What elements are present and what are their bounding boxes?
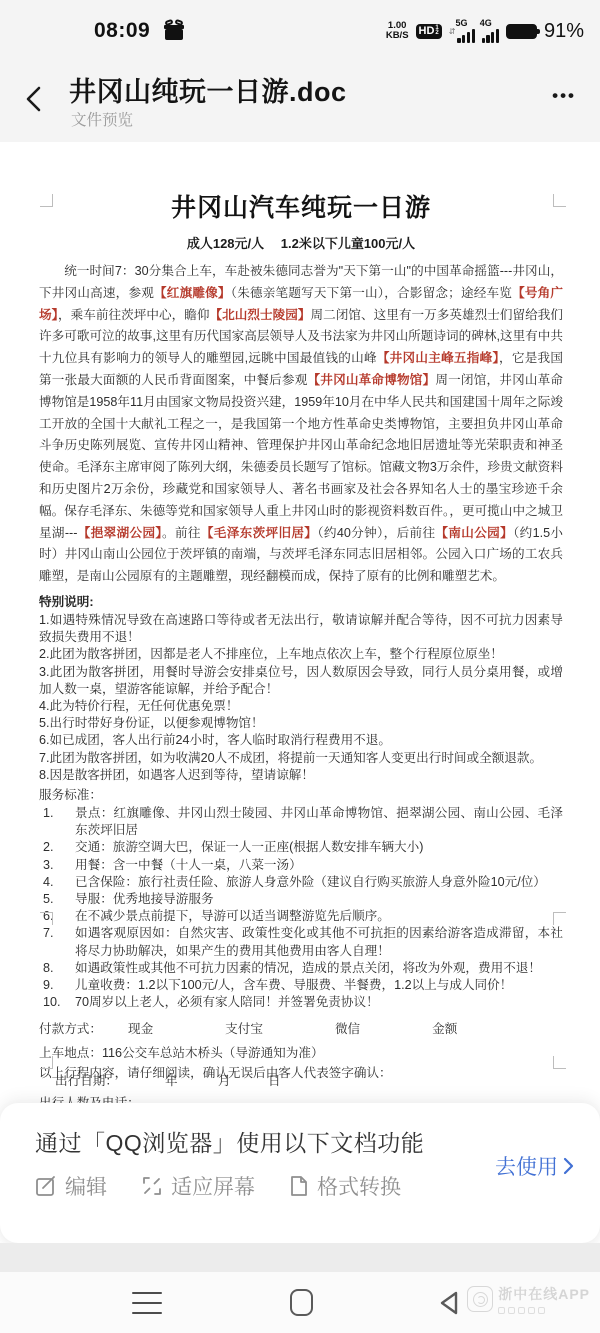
home-button[interactable] bbox=[290, 1289, 313, 1316]
highlighted-spot: 【南山公园】 bbox=[435, 526, 513, 540]
data-arrows-icon: ⇵ bbox=[449, 27, 455, 36]
special-note-item: 6.如已成团，客人出行前24小时，客人临时取消行程费用不退。 bbox=[39, 732, 563, 749]
page2-corner-mark bbox=[553, 1056, 566, 1069]
paragraph-text: 。前往 bbox=[162, 526, 201, 540]
document-convert-icon bbox=[289, 1175, 309, 1197]
page2-corner-mark bbox=[40, 1056, 53, 1069]
service-standard-heading: 服务标准： bbox=[39, 786, 563, 804]
battery-percent: 91% bbox=[544, 20, 584, 43]
format-convert-action[interactable]: 格式转换 bbox=[289, 1171, 401, 1201]
network-speed: 1.00 KB/S bbox=[386, 21, 409, 41]
promo-headline: 通过「QQ浏览器」使用以下文档功能 bbox=[35, 1125, 424, 1158]
clock: 08:09 bbox=[94, 19, 150, 43]
volte-hd-icon: HD 12 bbox=[416, 24, 442, 39]
service-standard-item: 6.在不减少景点前提下，导游可以适当调整游览先后顺序。 bbox=[39, 908, 563, 925]
edit-icon bbox=[35, 1175, 57, 1197]
service-standard-item: 1.景点：红旗雕像、井冈山烈士陵园、井冈山革命博物馆、挹翠湖公园、南山公园、毛泽… bbox=[39, 805, 563, 839]
phone-screen: 08:09 1.00 KB/S HD 12 ⇵ 5G 4G 91% bbox=[0, 0, 600, 1333]
paragraph-text: （朱德亲笔题写天下第一山），合影留念；途经车览 bbox=[231, 286, 512, 300]
watermark-logo-icon bbox=[467, 1286, 493, 1312]
special-note-item: 1.如遇特殊情况导致在高速路口等待或者无法出行，敬请谅解并配合等待，因不可抗力因… bbox=[39, 612, 563, 646]
chevron-right-icon bbox=[562, 1157, 574, 1175]
document-filename: 井冈山纯玩一日游.doc bbox=[69, 70, 347, 109]
pickup-location-line: 上车地点：116公交车总站木桥头（导游通知为准） bbox=[39, 1043, 563, 1063]
page1-corner-mark bbox=[553, 194, 566, 207]
qq-browser-promo-panel: 通过「QQ浏览器」使用以下文档功能 编辑 适应屏幕 格式转换 去使用 bbox=[0, 1103, 600, 1243]
doc-price-line: 成人128元/人 1.2米以下儿童100元/人 bbox=[39, 233, 563, 252]
page1-corner-mark bbox=[40, 194, 53, 207]
paragraph-text: 周一闭馆，井冈山革命博物馆是1958年11月由国家文物局投资兴建，1959年10… bbox=[39, 373, 563, 540]
highlighted-spot: 【红旗雕像】 bbox=[154, 286, 231, 300]
special-notes-heading: 特别说明: bbox=[39, 592, 563, 612]
payment-option: 微信 bbox=[335, 1022, 360, 1036]
preview-label: 文件预览 bbox=[71, 108, 133, 130]
special-note-item: 4.此为特价行程，无任何优惠免票！ bbox=[39, 698, 563, 715]
special-note-item: 8.因是散客拼团，如遇客人迟到等待，望请谅解！ bbox=[39, 767, 563, 784]
service-standard-item: 5.导服：优秀地接导游服务 bbox=[39, 891, 563, 908]
status-bar: 08:09 1.00 KB/S HD 12 ⇵ 5G 4G 91% bbox=[0, 0, 600, 56]
payment-label: 付款方式： bbox=[39, 1022, 102, 1036]
watermark: 浙中在线APP bbox=[467, 1284, 590, 1314]
watermark-text: 浙中在线APP bbox=[498, 1284, 590, 1304]
service-standard-item: 4.已含保险：旅行社责任险、旅游人身意外险（建议自行购买旅游人身意外险10元/位… bbox=[39, 874, 563, 891]
highlighted-spot: 【挹翠湖公园】 bbox=[77, 526, 162, 540]
special-notes-list: 1.如遇特殊情况导致在高速路口等待或者无法出行，敬请谅解并配合等待，因不可抗力因… bbox=[39, 612, 563, 784]
highlighted-spot: 【毛泽东茨坪旧居】 bbox=[201, 526, 317, 540]
service-standard-item: 7.如遇客观原因如：自然灾害、政策性变化或其他不可抗拒的因素给游客造成滞留，本社… bbox=[39, 925, 563, 959]
service-standard-item: 3.用餐：含一中餐（十人一桌，八菜一汤） bbox=[39, 857, 563, 874]
bottom-gap bbox=[0, 1243, 600, 1272]
signal-4g-icon: 4G bbox=[482, 20, 499, 43]
fit-screen-icon bbox=[141, 1175, 163, 1197]
battery-icon bbox=[506, 24, 537, 39]
special-note-item: 2.此团为散客拼团，因都是老人不排座位，上车地点依次上车，整个行程原位原坐！ bbox=[39, 646, 563, 663]
nav-back-button[interactable] bbox=[437, 1290, 461, 1321]
service-standard-item: 10.70周岁以上老人，必须有家人陪同！并签署免责协议！ bbox=[39, 994, 563, 1011]
file-preview-header: 井冈山纯玩一日游.doc 文件预览 ••• bbox=[0, 56, 600, 142]
back-button[interactable] bbox=[18, 82, 52, 116]
go-use-button[interactable]: 去使用 bbox=[495, 1151, 574, 1181]
fit-screen-action[interactable]: 适应屏幕 bbox=[141, 1171, 255, 1201]
watermark-stamps bbox=[498, 1307, 590, 1314]
payment-option: 金额 bbox=[432, 1022, 457, 1036]
highlighted-spot: 【井冈山主峰五指峰】 bbox=[377, 351, 499, 365]
payment-methods-row: 付款方式：现金支付宝微信金额 bbox=[39, 1020, 563, 1038]
payment-option: 支付宝 bbox=[225, 1022, 263, 1036]
page1-corner-mark bbox=[553, 912, 566, 925]
doc-itinerary-paragraph: 统一时间7：30分集合上车，车赴被朱德同志誉为"天下第一山"的中国革命摇篮---… bbox=[39, 261, 563, 588]
paragraph-text: （约40分钟），后前往 bbox=[317, 526, 435, 540]
doc-title: 井冈山汽车纯玩一日游 bbox=[39, 192, 563, 224]
android-nav-bar: 浙中在线APP bbox=[0, 1272, 600, 1333]
highlighted-spot: 【井冈山革命博物馆】 bbox=[308, 373, 436, 387]
highlighted-spot: 【北山烈士陵园】 bbox=[210, 308, 311, 322]
document-preview[interactable]: 井冈山汽车纯玩一日游 成人128元/人 1.2米以下儿童100元/人 统一时间7… bbox=[0, 142, 600, 1252]
special-note-item: 7.此团为散客拼团，如为收满20人不成团，将提前一天通知客人变更出行时间或全额退… bbox=[39, 750, 563, 767]
service-standard-item: 9.儿童收费：1.2以下100元/人，含车费、导服费、半餐费，1.2以上与成人同… bbox=[39, 977, 563, 994]
recents-menu-button[interactable] bbox=[132, 1292, 162, 1314]
service-standard-item: 8.如遇政策性或其他不可抗力因素的情况，造成的景点关闭，将改为外观，费用不退！ bbox=[39, 960, 563, 977]
edit-action[interactable]: 编辑 bbox=[35, 1171, 107, 1201]
gift-notification-icon bbox=[164, 21, 184, 41]
page1-corner-mark bbox=[40, 912, 53, 925]
payment-options: 现金支付宝微信金额 bbox=[128, 1022, 457, 1036]
payment-option: 现金 bbox=[128, 1022, 153, 1036]
paragraph-text: ，乘车前往茨坪中心，瞻仰 bbox=[58, 308, 210, 322]
special-note-item: 3.此团为散客拼团，用餐时导游会安排桌位号，因人数原因会导致，同行人员分桌用餐，… bbox=[39, 664, 563, 698]
special-note-item: 5.出行时带好身份证，以便参观博物馆！ bbox=[39, 715, 563, 732]
service-standard-item: 2.交通：旅游空调大巴，保证一人一正座(根据人数安排车辆大小) bbox=[39, 839, 563, 856]
more-options-button[interactable]: ••• bbox=[552, 86, 576, 106]
signal-5g-icon: 5G bbox=[457, 20, 474, 43]
service-standard-list: 1.景点：红旗雕像、井冈山烈士陵园、井冈山革命博物馆、挹翠湖公园、南山公园、毛泽… bbox=[39, 805, 563, 1011]
